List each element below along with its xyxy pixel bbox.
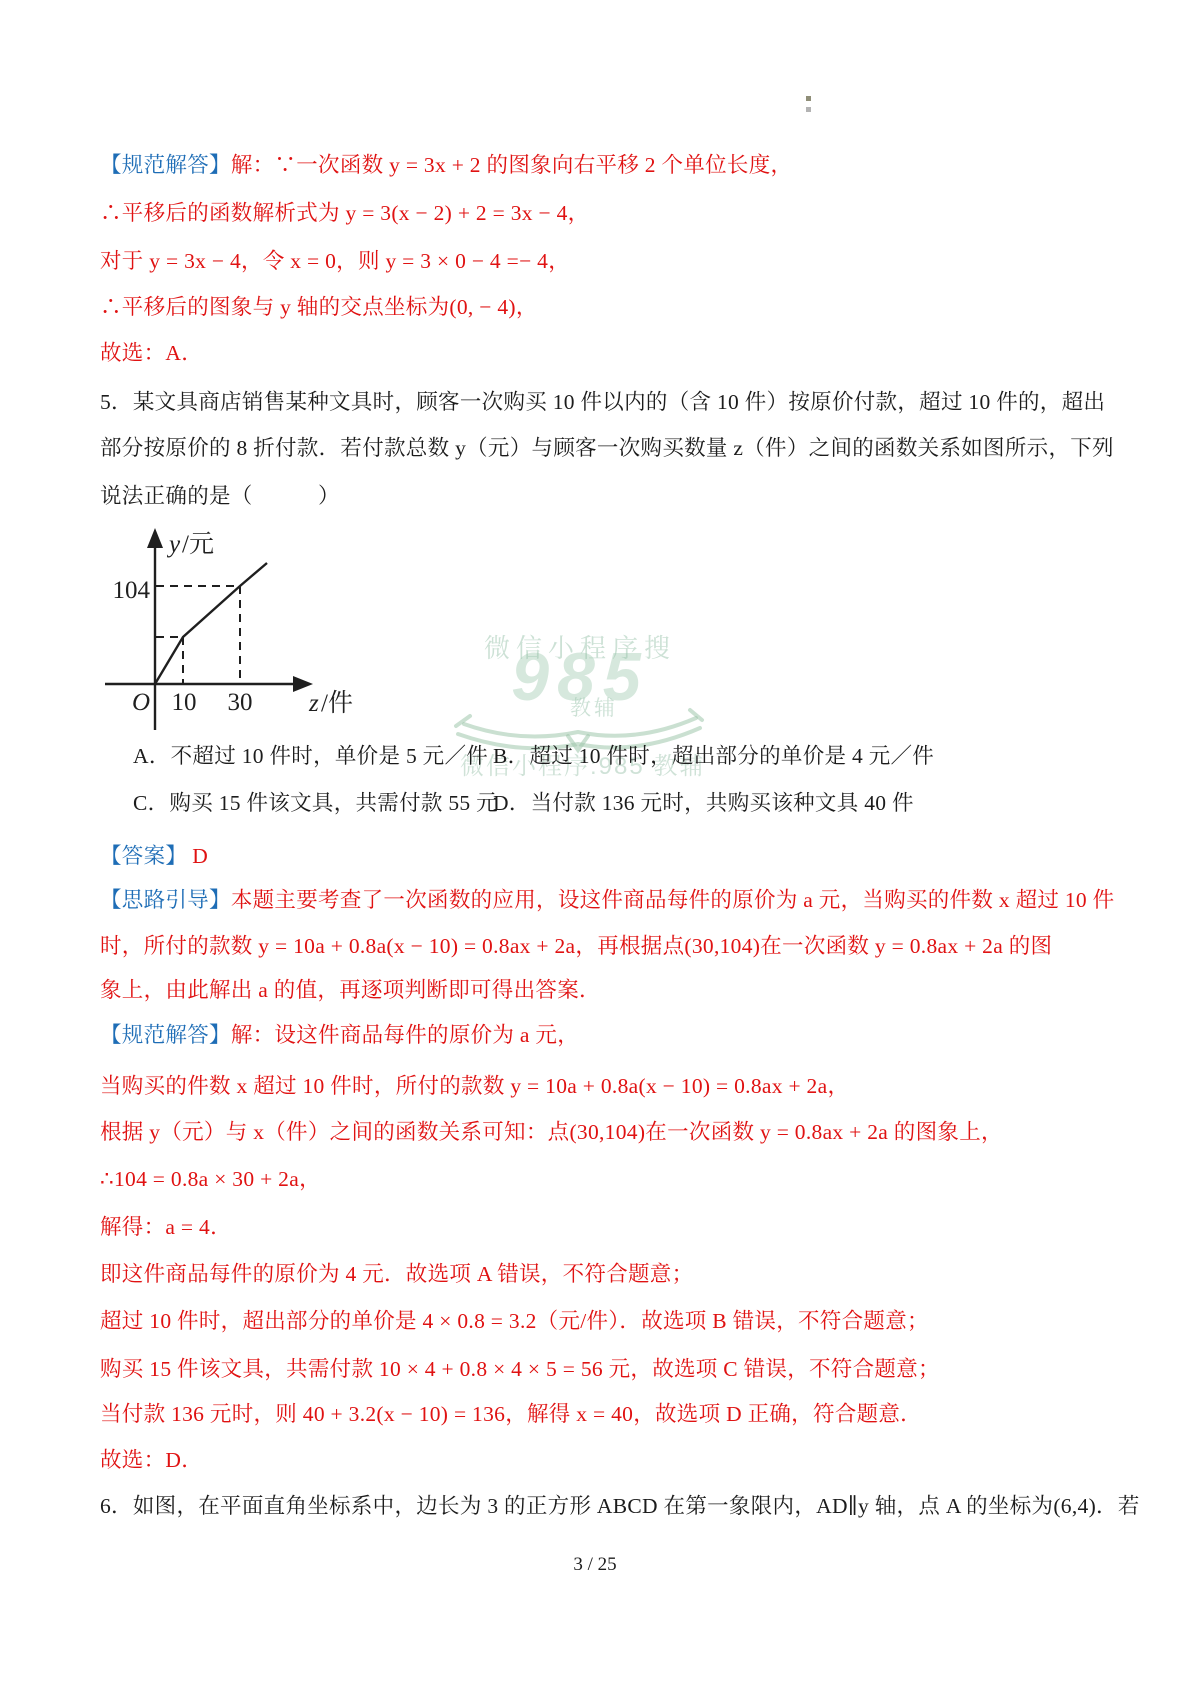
q5-solution-line1: 【规范解答】解：设这件商品每件的原价为 a 元， [100, 1021, 579, 1049]
origin-label: O [132, 689, 150, 716]
artifact-dot [806, 96, 811, 101]
page-number: 3 / 25 [0, 1554, 1190, 1576]
ylabel-var: y [166, 531, 181, 558]
ytick-104: 104 [113, 577, 151, 604]
artifact-dot [806, 107, 811, 112]
solution-header-label: 【规范解答】 [100, 153, 231, 177]
xlabel-var: z [308, 690, 319, 717]
document-page: 微信小程序搜 985 教辅 微信小程序:985 教辅 【规范解答】解：∵一次函数… [0, 0, 1190, 1683]
q5-hint-line1: 【思路引导】本题主要考查了一次函数的应用，设这件商品每件的原价为 a 元，当购买… [100, 886, 1114, 914]
q4-solution-line3: 对于 y = 3x − 4，令 x = 0，则 y = 3 × 0 − 4 =−… [100, 247, 570, 275]
q4-solution-line4: ∴平移后的图象与 y 轴的交点坐标为(0, − 4)， [100, 293, 538, 321]
q5-solution-answer: 故选：D． [100, 1446, 203, 1474]
q5-solution-line9: 当付款 136 元时，则 40 + 3.2(x − 10) = 136，解得 x… [100, 1400, 922, 1428]
q4-solution-answer: 故选：A． [100, 339, 203, 367]
q5-solution-line2: 当购买的件数 x 超过 10 件时，所付的款数 y = 10a + 0.8a(x… [100, 1072, 849, 1100]
q5-hint-line3: 象上，由此解出 a 的值，再逐项判断即可得出答案． [100, 976, 601, 1004]
q5-solution-line5: 解得：a = 4． [100, 1213, 232, 1241]
q5-stem-line2: 部分按原价的 8 折付款．若付款总数 y（元）与顾客一次购买数量 z（件）之间的… [100, 434, 1114, 462]
q5-options-row1: A．不超过 10 件时，单价是 5 元／件 B．超过 10 件时，超出部分的单价… [133, 742, 488, 770]
solution-header-label: 【规范解答】 [100, 1023, 231, 1047]
ylabel-unit: /元 [182, 531, 214, 558]
q4-solution-line1: 【规范解答】解：∵一次函数 y = 3x + 2 的图象向右平移 2 个单位长度… [100, 151, 792, 179]
payment-curve [155, 563, 267, 684]
q5-option-c: C．购买 15 件该文具，共需付款 55 元 [133, 791, 498, 815]
q5-function-graph: 104 y /元 O 10 30 z /件 [95, 520, 365, 735]
hint-header-label: 【思路引导】 [100, 888, 231, 912]
xlabel-unit: /件 [321, 689, 353, 717]
q5-option-b: B．超过 10 件时，超出部分的单价是 4 元／件 [493, 742, 934, 770]
xtick-30: 30 [228, 689, 253, 716]
answer-value: D [192, 844, 208, 868]
q5-stem-line1: 5．某文具商店销售某种文具时，顾客一次购买 10 件以内的（含 10 件）按原价… [100, 388, 1105, 416]
answer-label: 【答案】 [100, 844, 187, 868]
xtick-10: 10 [172, 689, 197, 716]
q4-solution-line2: ∴平移后的函数解析式为 y = 3(x − 2) + 2 = 3x − 4， [100, 199, 589, 227]
y-axis-arrow [147, 528, 163, 548]
q6-stem-line1: 6．如图，在平面直角坐标系中，边长为 3 的正方形 ABCD 在第一象限内，AD… [100, 1492, 1140, 1520]
q5-answer-line: 【答案】D [100, 842, 208, 870]
scan-artifact-colon [806, 96, 811, 118]
q5-stem-line3: 说法正确的是（ ） [100, 482, 340, 510]
q5-solution-line4: ∴104 = 0.8a × 30 + 2a， [100, 1165, 321, 1193]
q5-option-d: D．当付款 136 元时，共购买该种文具 40 件 [493, 789, 914, 817]
q5-solution-line3: 根据 y（元）与 x（件）之间的函数关系可知：点(30,104)在一次函数 y … [100, 1118, 1003, 1146]
q5-options-row2: C．购买 15 件该文具，共需付款 55 元 D．当付款 136 元时，共购买该… [133, 789, 498, 817]
q5-solution-line7: 超过 10 件时，超出部分的单价是 4 × 0.8 = 3.2（元/件）．故选项… [100, 1307, 929, 1335]
q5-solution-line8: 购买 15 件该文具，共需付款 10 × 4 + 0.8 × 4 × 5 = 5… [100, 1355, 940, 1383]
q5-solution-line6: 即这件商品每件的原价为 4 元．故选项 A 错误，不符合题意； [100, 1260, 693, 1288]
q5-hint-line2: 时，所付的款数 y = 10a + 0.8a(x − 10) = 0.8ax +… [100, 932, 1052, 960]
q5-option-a: A．不超过 10 件时，单价是 5 元／件 [133, 744, 488, 768]
